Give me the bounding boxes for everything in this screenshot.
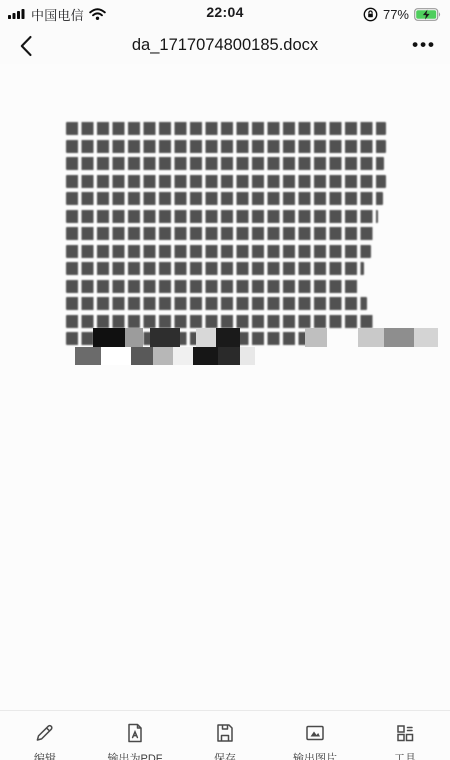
- battery-percent-label: 77%: [383, 7, 409, 22]
- nav-bar: da_1717074800185.docx •••: [0, 26, 450, 64]
- mosaic-censor-block: [305, 328, 327, 347]
- document-text-redacted: [66, 122, 386, 350]
- more-options-button[interactable]: •••: [412, 27, 436, 63]
- chevron-left-icon: [19, 35, 33, 57]
- mosaic-censor-block: [193, 347, 218, 365]
- mosaic-censor-block: [218, 347, 240, 365]
- mosaic-censor-block: [93, 328, 125, 347]
- mosaic-censor-block: [153, 347, 173, 365]
- bottom-toolbar: 编辑 输出为PDF 保存 输出图片: [0, 710, 450, 760]
- redacted-text-line: [66, 122, 386, 135]
- pdf-export-icon: [123, 721, 147, 745]
- redacted-text-line: [66, 262, 364, 275]
- mosaic-censor-row: [0, 347, 450, 365]
- redacted-text-line: [66, 280, 360, 293]
- mosaic-censor-block: [131, 347, 153, 365]
- toolbar-export-pdf-label: 输出为PDF: [108, 753, 163, 760]
- carrier-label: 中国电信: [31, 5, 84, 24]
- mosaic-censor-block: [384, 328, 414, 347]
- mosaic-censor-block: [75, 347, 101, 365]
- toolbar-export-pdf-button[interactable]: 输出为PDF: [90, 711, 180, 760]
- redacted-text-line: [66, 227, 374, 240]
- redacted-text-line: [66, 297, 367, 310]
- mosaic-censor-block: [196, 328, 216, 347]
- document-title: da_1717074800185.docx: [132, 36, 318, 55]
- redacted-text-line: [66, 210, 378, 223]
- ellipsis-icon: •••: [412, 35, 436, 55]
- mosaic-censor-block: [216, 328, 240, 347]
- document-page[interactable]: [0, 64, 450, 710]
- toolbar-tools-button[interactable]: 工具: [360, 711, 450, 760]
- rotation-lock-icon: [363, 7, 378, 22]
- toolbar-save-label: 保存: [214, 753, 236, 760]
- battery-charging-icon: [414, 8, 442, 21]
- mosaic-censor-block: [414, 328, 438, 347]
- mosaic-censor-row: [0, 328, 450, 347]
- toolbar-edit-button[interactable]: 编辑: [0, 711, 90, 760]
- toolbar-tools-label: 工具: [394, 753, 416, 760]
- mosaic-censor-block: [125, 328, 143, 347]
- cellular-signal-icon: [8, 8, 26, 20]
- wifi-icon: [89, 8, 106, 20]
- image-export-icon: [303, 721, 327, 745]
- mosaic-censor-block: [150, 328, 180, 347]
- redacted-text-line: [66, 175, 386, 188]
- toolbar-edit-label: 编辑: [34, 753, 56, 760]
- save-icon: [213, 721, 237, 745]
- pencil-edit-icon: [33, 721, 57, 745]
- redacted-text-line: [66, 192, 383, 205]
- back-button[interactable]: [10, 30, 42, 62]
- redacted-text-line: [66, 140, 386, 153]
- mosaic-censor-block: [173, 347, 193, 365]
- status-time: 22:04: [206, 4, 243, 20]
- mosaic-censor-block: [358, 328, 384, 347]
- toolbar-save-button[interactable]: 保存: [180, 711, 270, 760]
- grid-tools-icon: [393, 721, 417, 745]
- mosaic-censor-block: [240, 347, 255, 365]
- redacted-text-line: [66, 245, 371, 258]
- toolbar-export-image-label: 输出图片: [293, 753, 337, 760]
- phone-screen: { "status_bar": { "carrier": "中国电信", "ti…: [0, 0, 450, 760]
- redacted-text-line: [66, 157, 384, 170]
- status-bar: 中国电信 22:04 77%: [0, 0, 450, 26]
- redacted-text-line: [66, 315, 374, 328]
- mosaic-censor-block: [101, 347, 131, 365]
- toolbar-export-image-button[interactable]: 输出图片: [270, 711, 360, 760]
